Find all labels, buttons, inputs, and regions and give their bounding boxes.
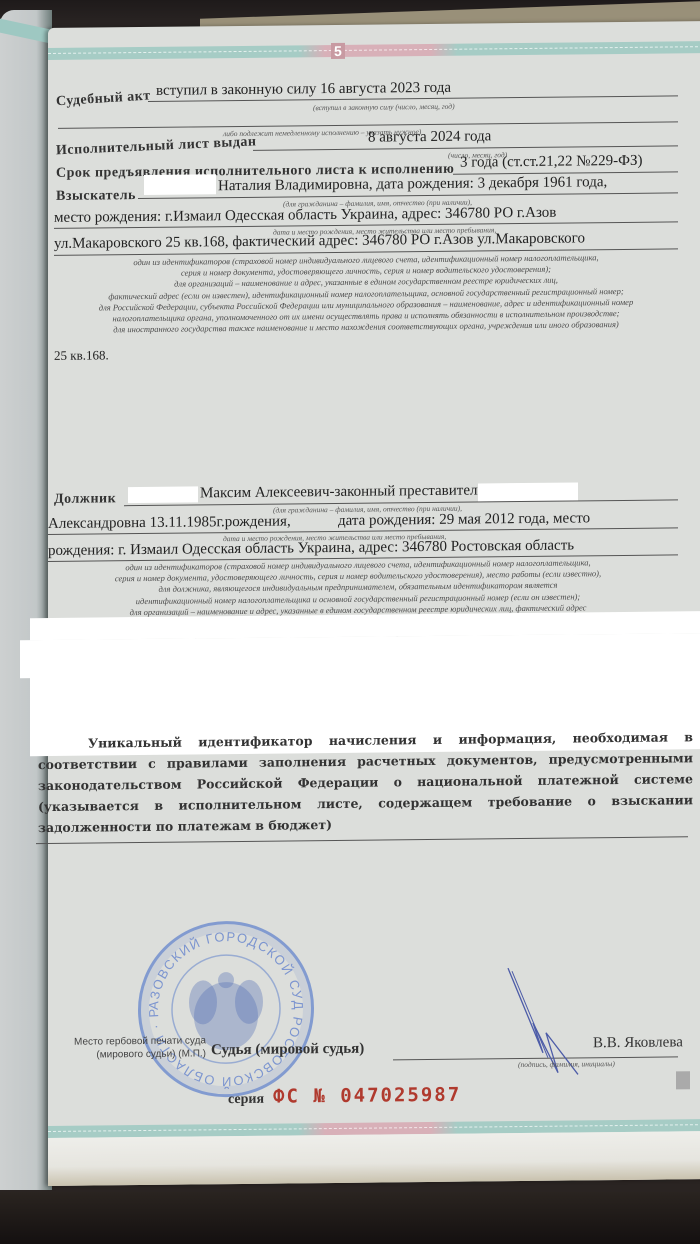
writ-issued-value: 8 августа 2024 года xyxy=(368,128,491,146)
debtor-label: Должник xyxy=(54,491,116,508)
signature-hint: (подпись, фамилия, инициалы) xyxy=(518,1059,615,1069)
decorative-band-top xyxy=(48,41,700,60)
judicial-act-hint: (вступил в законную силу (число, месяц, … xyxy=(313,102,455,112)
debtor-line-2b: дата рождения: 29 мая 2012 года, место xyxy=(338,510,590,530)
uid-rule xyxy=(36,836,688,844)
claimant-line-4: 25 кв.168. xyxy=(54,347,109,364)
writ-issued-label: Исполнительный лист выдан xyxy=(56,134,257,159)
judge-label: Судья (мировой судья) xyxy=(211,1041,364,1060)
judge-name: В.В. Яковлева xyxy=(593,1034,683,1052)
claimant-line-1: Наталия Владимировна, дата рождения: 3 д… xyxy=(218,174,607,195)
seal-place-label: Место гербовой печати суда (мирового суд… xyxy=(56,1034,206,1062)
redacted-surname xyxy=(144,174,216,195)
court-seal: АЗОВСКИЙ ГОРОДСКОЙ СУД РОСТОВСКОЙ ОБЛАСТ… xyxy=(138,920,314,1098)
term-value: 3 года (ст.ст.21,22 №229-ФЗ) xyxy=(460,153,642,172)
uid-text: Уникальный идентификатор начисления и ин… xyxy=(38,726,693,838)
claimant-instructions: один из идентификаторов (страховой номер… xyxy=(56,251,676,336)
redacted-surname xyxy=(128,486,198,503)
background-bottom xyxy=(0,1192,700,1244)
document-page: 5 Судебный акт вступил в законную силу 1… xyxy=(48,21,700,1186)
claimant-label: Взыскатель xyxy=(56,188,136,205)
redacted-name xyxy=(478,482,578,501)
page-number: 5 xyxy=(331,43,345,59)
debtor-line-2a: Александровна 13.11.1985г.рождения, xyxy=(48,513,291,533)
series-label: серия xyxy=(228,1092,264,1108)
debtor-line-1: Максим Алексеевич-законный преставитель xyxy=(200,482,484,502)
page-bottom-strip xyxy=(48,1131,700,1186)
left-page xyxy=(0,10,52,1190)
series-code: ФС № 047025987 xyxy=(273,1084,461,1108)
judicial-act-label: Судебный акт xyxy=(56,88,151,110)
judicial-act-value: вступил в законную силу 16 августа 2023 … xyxy=(156,80,451,100)
seal-emblem-icon: АЗОВСКИЙ ГОРОДСКОЙ СУД РОСТОВСКОЙ ОБЛАСТ… xyxy=(141,923,311,1095)
corner-mark xyxy=(676,1071,690,1089)
